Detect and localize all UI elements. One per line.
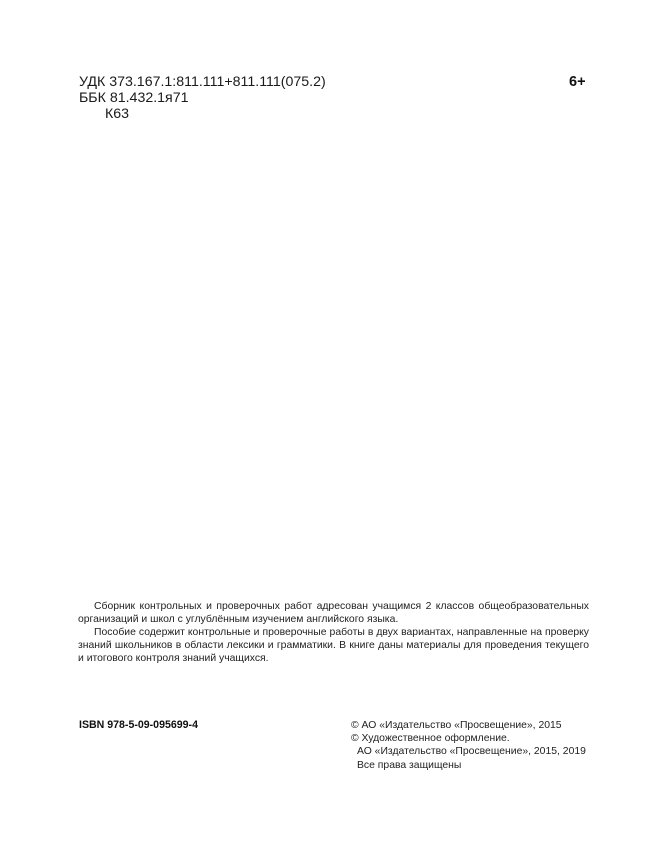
udk-code: УДК 373.167.1:811.111+811.111(075.2) — [79, 74, 326, 90]
author-sign: К63 — [79, 106, 326, 122]
copyright-line: © АО «Издательство «Просвещение», 2015 — [351, 719, 586, 732]
imprint-page: УДК 373.167.1:811.111+811.111(075.2) ББК… — [0, 0, 650, 848]
rights-reserved: Все права защищены — [351, 759, 586, 772]
copyright-line: АО «Издательство «Просвещение», 2015, 20… — [351, 745, 586, 758]
isbn: ISBN 978-5-09-095699-4 — [79, 719, 198, 732]
annotation-paragraph: Пособие содержит контрольные и проверочн… — [78, 626, 589, 665]
annotation-paragraph: Сборник контрольных и проверочных работ … — [78, 600, 589, 626]
age-rating-badge: 6+ — [569, 74, 586, 90]
bbk-code: ББК 81.432.1я71 — [79, 90, 326, 106]
copyright-line: © Художественное оформление. — [351, 732, 586, 745]
annotation: Сборник контрольных и проверочных работ … — [78, 600, 589, 665]
copyright-block: © АО «Издательство «Просвещение», 2015 ©… — [351, 719, 586, 772]
classification-block: УДК 373.167.1:811.111+811.111(075.2) ББК… — [79, 74, 326, 122]
